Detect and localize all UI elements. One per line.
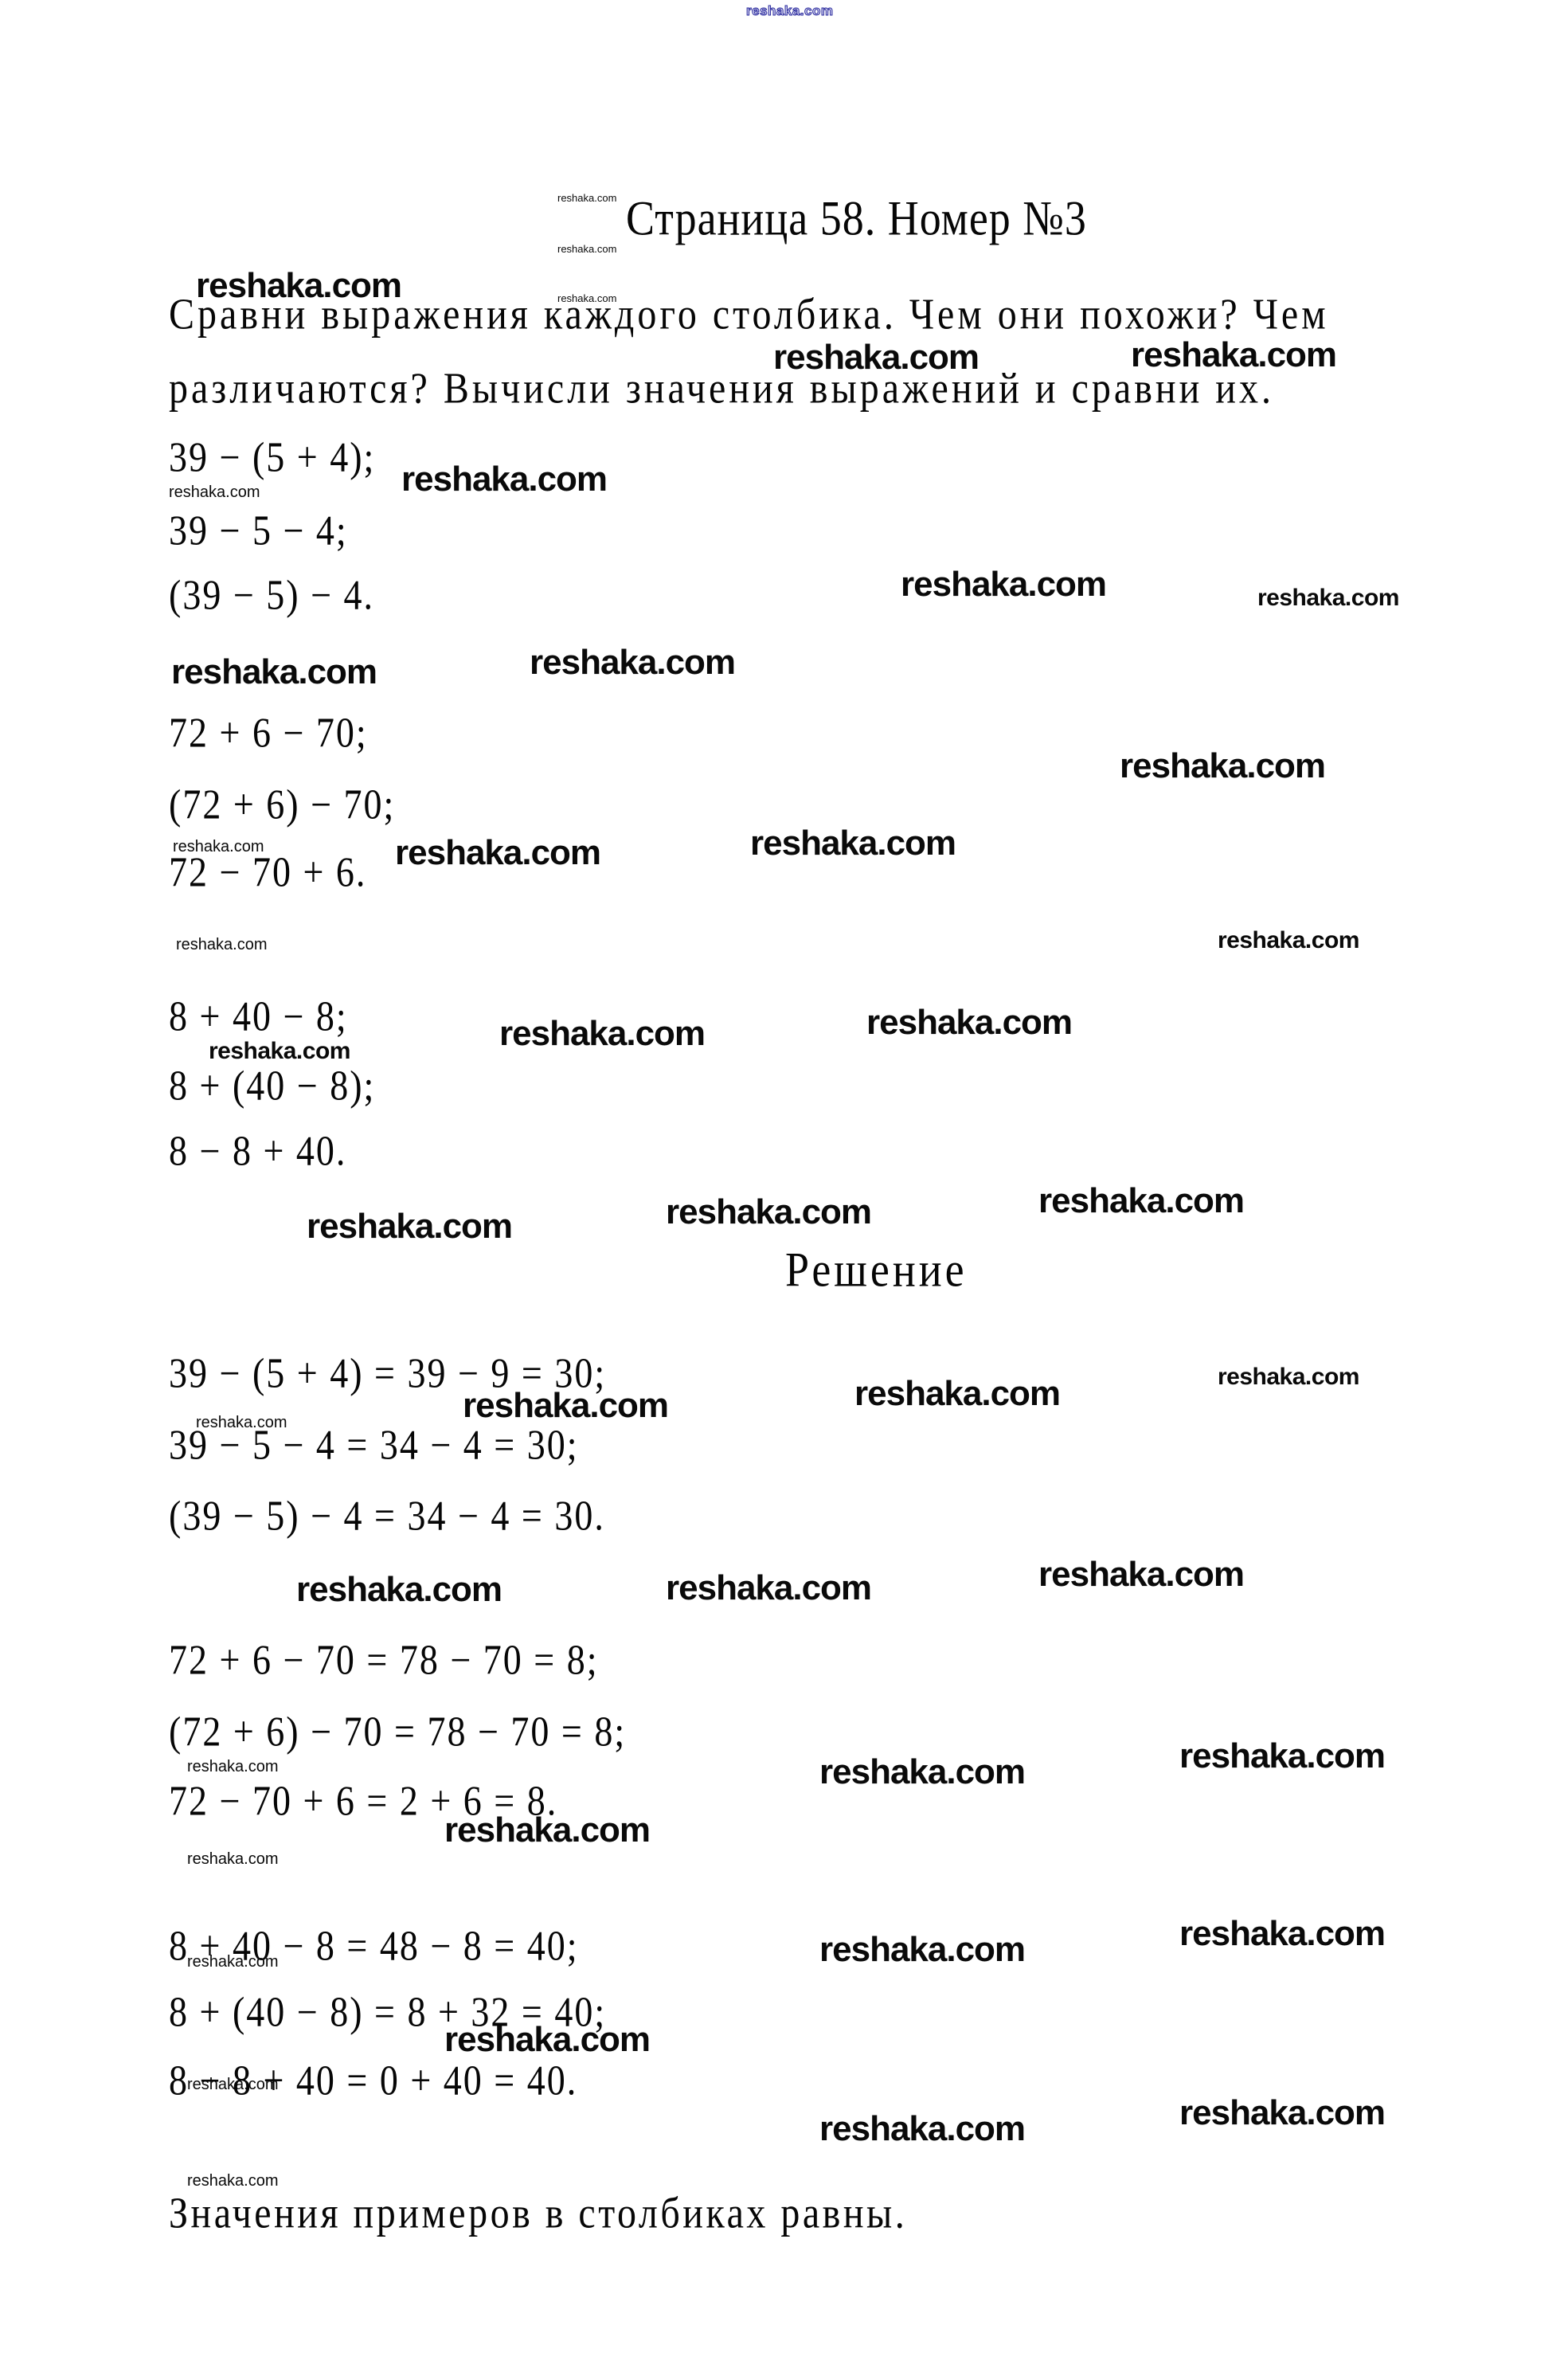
watermark: reshaka.com: [1257, 586, 1399, 610]
watermark: reshaka.com: [866, 1005, 1072, 1040]
watermark: reshaka.com: [187, 1851, 279, 1867]
watermark: reshaka.com: [395, 836, 600, 871]
solution-line: 8 + (40 − 8) = 8 + 32 = 40;: [169, 1991, 606, 2033]
watermark: reshaka.com: [750, 826, 956, 861]
page-title: Страница 58. Номер №3: [626, 194, 1087, 243]
solution-line: (72 + 6) − 70 = 78 − 70 = 8;: [169, 1711, 626, 1752]
watermark: reshaka.com: [169, 484, 260, 500]
watermark: reshaka.com: [209, 1039, 350, 1063]
solution-heading: Решение: [785, 1245, 968, 1294]
watermark: reshaka.com: [557, 244, 616, 254]
expression-line: 39 − 5 − 4;: [169, 510, 348, 551]
task-text-line-2: различаются? Вычисли значения выражений …: [169, 367, 1274, 411]
expression-line: 8 − 8 + 40.: [169, 1130, 346, 1172]
expression-line: (72 + 6) − 70;: [169, 784, 395, 825]
solution-line: 8 − 8 + 40 = 0 + 40 = 40.: [169, 2060, 577, 2101]
expression-line: (39 − 5) − 4.: [169, 574, 374, 616]
watermark: reshaka.com: [307, 1209, 512, 1244]
solution-line: 8 + 40 − 8 = 48 − 8 = 40;: [169, 1925, 579, 1967]
watermark: reshaka.com: [819, 2112, 1025, 2147]
watermark: reshaka.com: [401, 462, 607, 497]
expression-line: 72 − 70 + 6.: [169, 851, 366, 893]
expression-line: 72 + 6 − 70;: [169, 712, 368, 754]
watermark: reshaka.com: [1218, 929, 1359, 953]
conclusion-text: Значения примеров в столбиках равны.: [169, 2192, 907, 2236]
watermark: reshaka.com: [819, 1932, 1025, 1967]
watermark: reshaka.com: [854, 1376, 1060, 1411]
watermark: reshaka.com: [530, 645, 735, 680]
expression-line: 39 − (5 + 4);: [169, 436, 375, 478]
watermark: reshaka.com: [1179, 1739, 1385, 1774]
watermark: reshaka.com: [557, 193, 616, 203]
solution-line: 72 + 6 − 70 = 78 − 70 = 8;: [169, 1639, 599, 1681]
watermark: reshaka.com: [187, 2173, 279, 2189]
watermark: reshaka.com: [746, 4, 833, 18]
watermark: reshaka.com: [187, 1759, 279, 1775]
watermark: reshaka.com: [176, 937, 268, 953]
solution-line: 72 − 70 + 6 = 2 + 6 = 8.: [169, 1780, 557, 1822]
watermark: reshaka.com: [499, 1016, 705, 1051]
watermark: reshaka.com: [901, 567, 1106, 602]
watermark: reshaka.com: [171, 655, 377, 690]
watermark: reshaka.com: [1218, 1365, 1359, 1389]
watermark: reshaka.com: [666, 1195, 871, 1230]
watermark: reshaka.com: [1038, 1184, 1244, 1219]
watermark: reshaka.com: [1179, 1916, 1385, 1951]
task-text-line-1: Сравни выражения каждого столбика. Чем о…: [169, 293, 1329, 337]
solution-line: (39 − 5) − 4 = 34 − 4 = 30.: [169, 1495, 605, 1536]
expression-line: 8 + 40 − 8;: [169, 996, 348, 1037]
document-page: reshaka.com reshaka.com reshaka.com resh…: [0, 0, 1568, 2380]
watermark: reshaka.com: [296, 1572, 502, 1607]
watermark: reshaka.com: [666, 1571, 871, 1606]
solution-line: 39 − 5 − 4 = 34 − 4 = 30;: [169, 1424, 579, 1466]
watermark: reshaka.com: [1120, 749, 1325, 784]
watermark: reshaka.com: [819, 1755, 1025, 1790]
watermark: reshaka.com: [1038, 1557, 1244, 1592]
solution-line: 39 − (5 + 4) = 39 − 9 = 30;: [169, 1352, 606, 1394]
expression-line: 8 + (40 − 8);: [169, 1065, 375, 1106]
watermark: reshaka.com: [1179, 2096, 1385, 2131]
